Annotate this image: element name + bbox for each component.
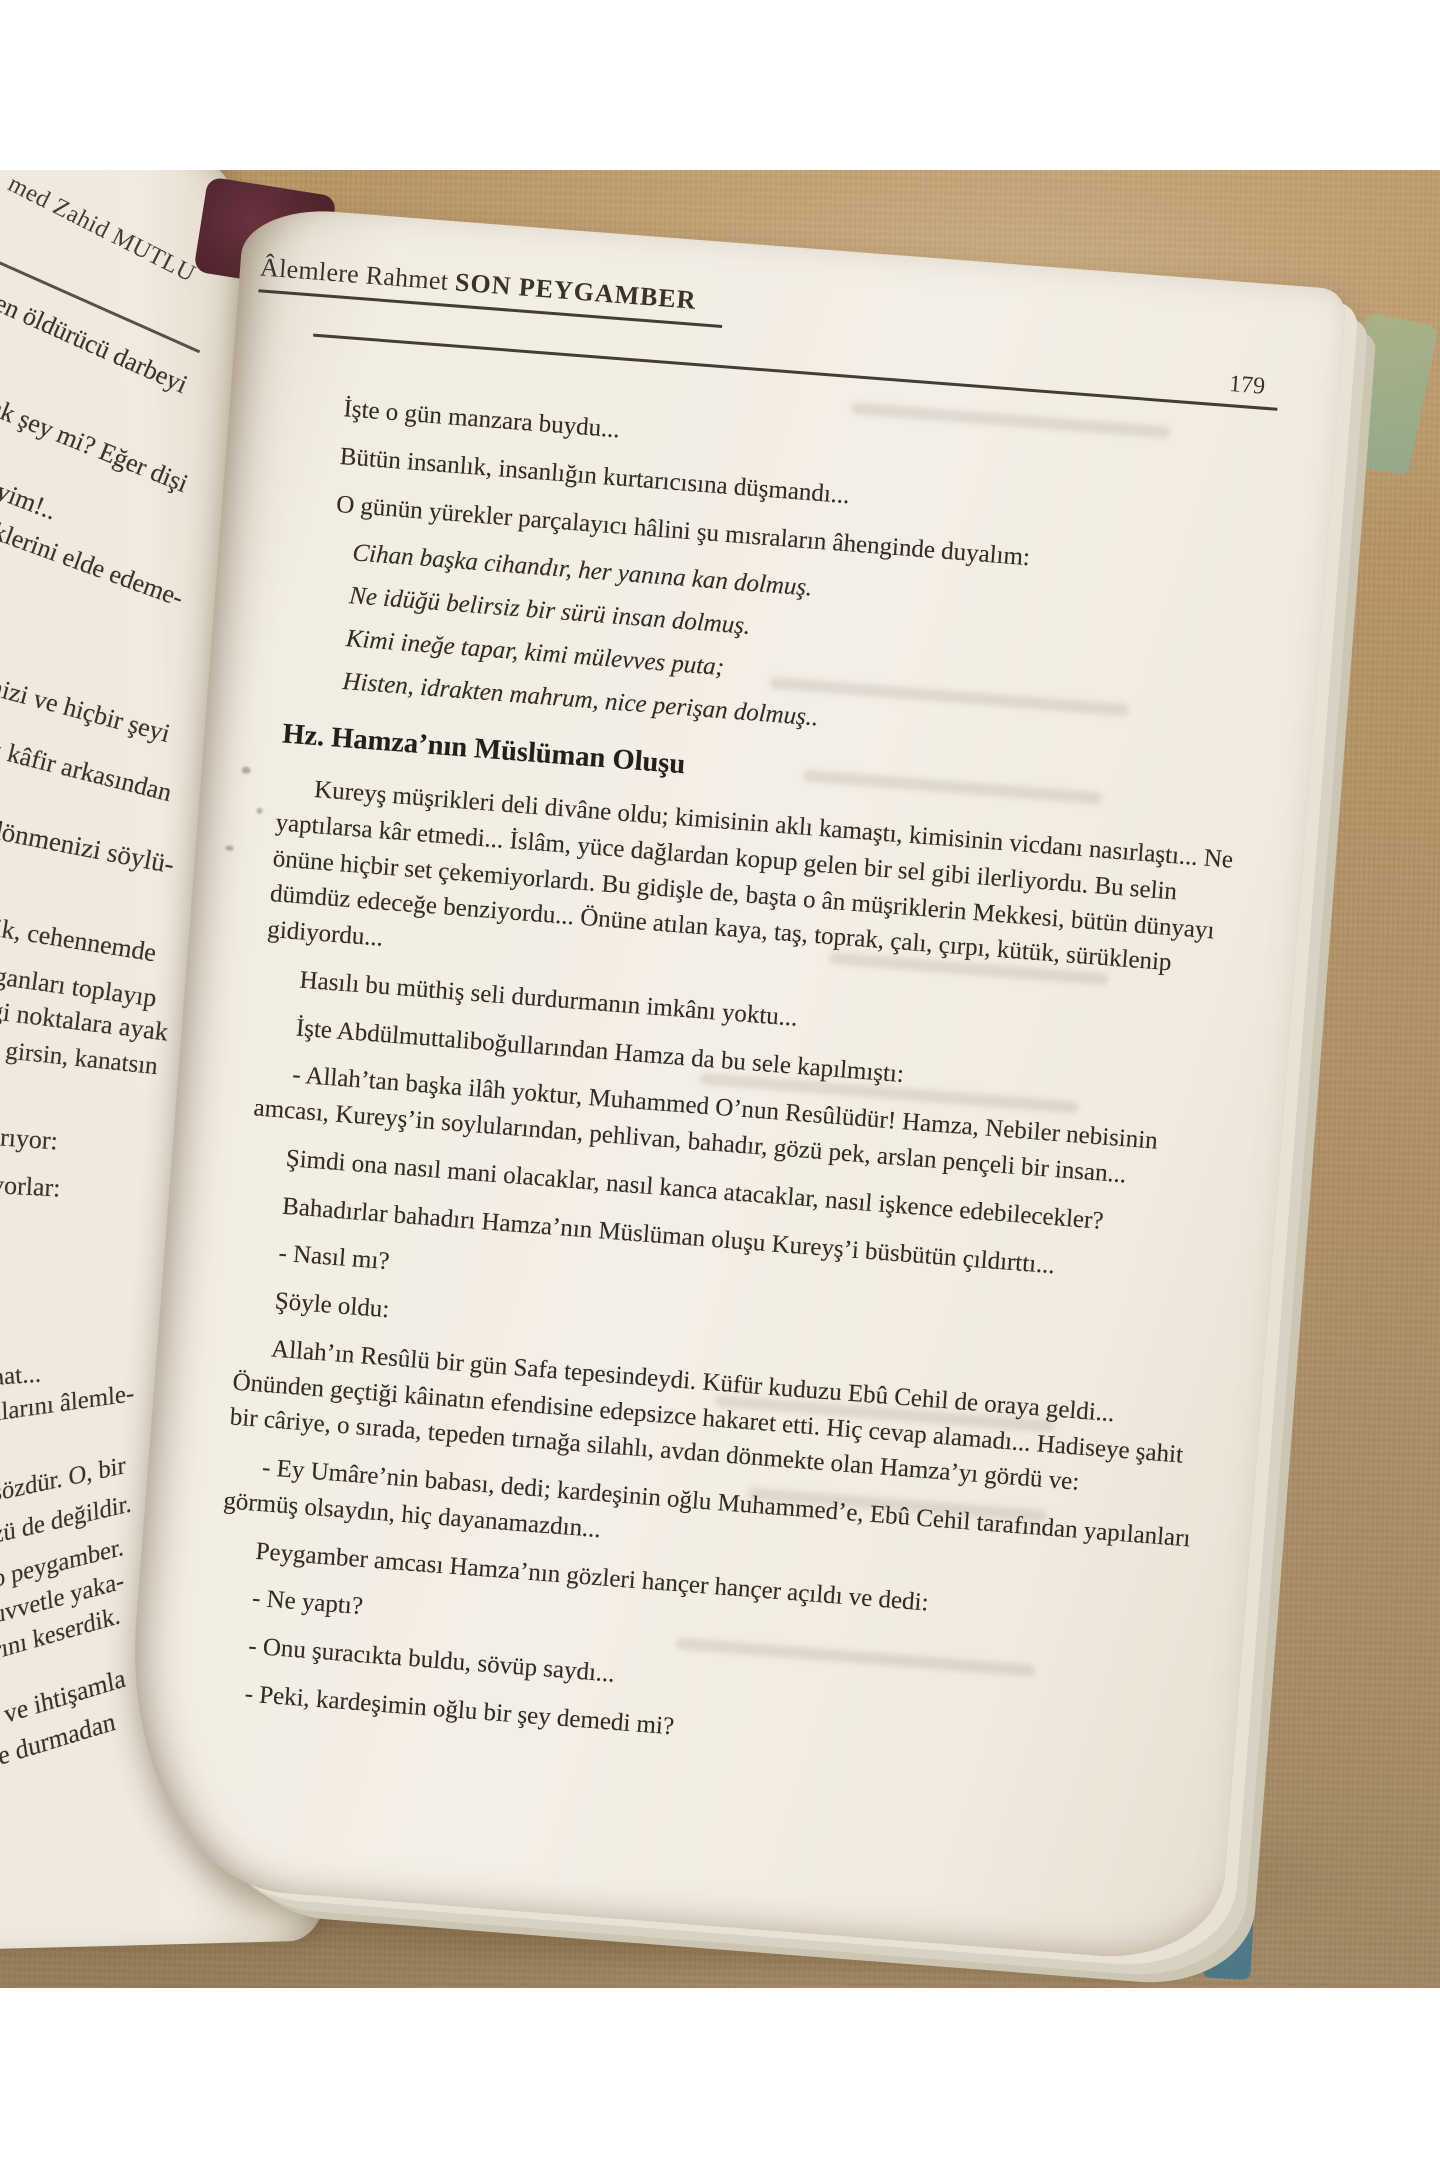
left-page-fragment: dönmenizi söylü- [0,814,177,880]
left-page-fragment: nizi ve hiçbir şeyi [0,672,173,749]
left-page-fragment: yorlar: [0,1170,61,1204]
left-page-fragment: aat... [0,1361,42,1392]
right-page: Âlemlere Rahmet SON PEYGAMBER 179 İşte o… [116,205,1347,1965]
left-page-fragment: eyim!.. [0,472,61,526]
desk-surface: med Zahid MUTLU en öldürücü darbeyi cak … [0,170,1440,1988]
right-page-content: Âlemlere Rahmet SON PEYGAMBER 179 İşte o… [116,205,1347,1965]
left-page-fragment: lik, cehennemde [0,912,158,968]
left-page-fragment: z kâfir arkasından [0,734,175,808]
left-running-head: med Zahid MUTLU [3,170,199,289]
book-photo: med Zahid MUTLU en öldürücü darbeyi cak … [0,0,1440,2160]
left-page-fragment: iklerini elde edeme- [0,514,187,613]
running-head-main: SON PEYGAMBER [454,267,697,314]
left-page-fragment: ırıyor: [0,1122,59,1156]
left-page-fragment: cak şey mi? Eğer dişi [0,388,192,499]
running-head-prefix: Âlemlere Rahmet [259,252,449,295]
page-body: İşte o gün manzara buydu... Bütün insanl… [207,388,1273,1783]
